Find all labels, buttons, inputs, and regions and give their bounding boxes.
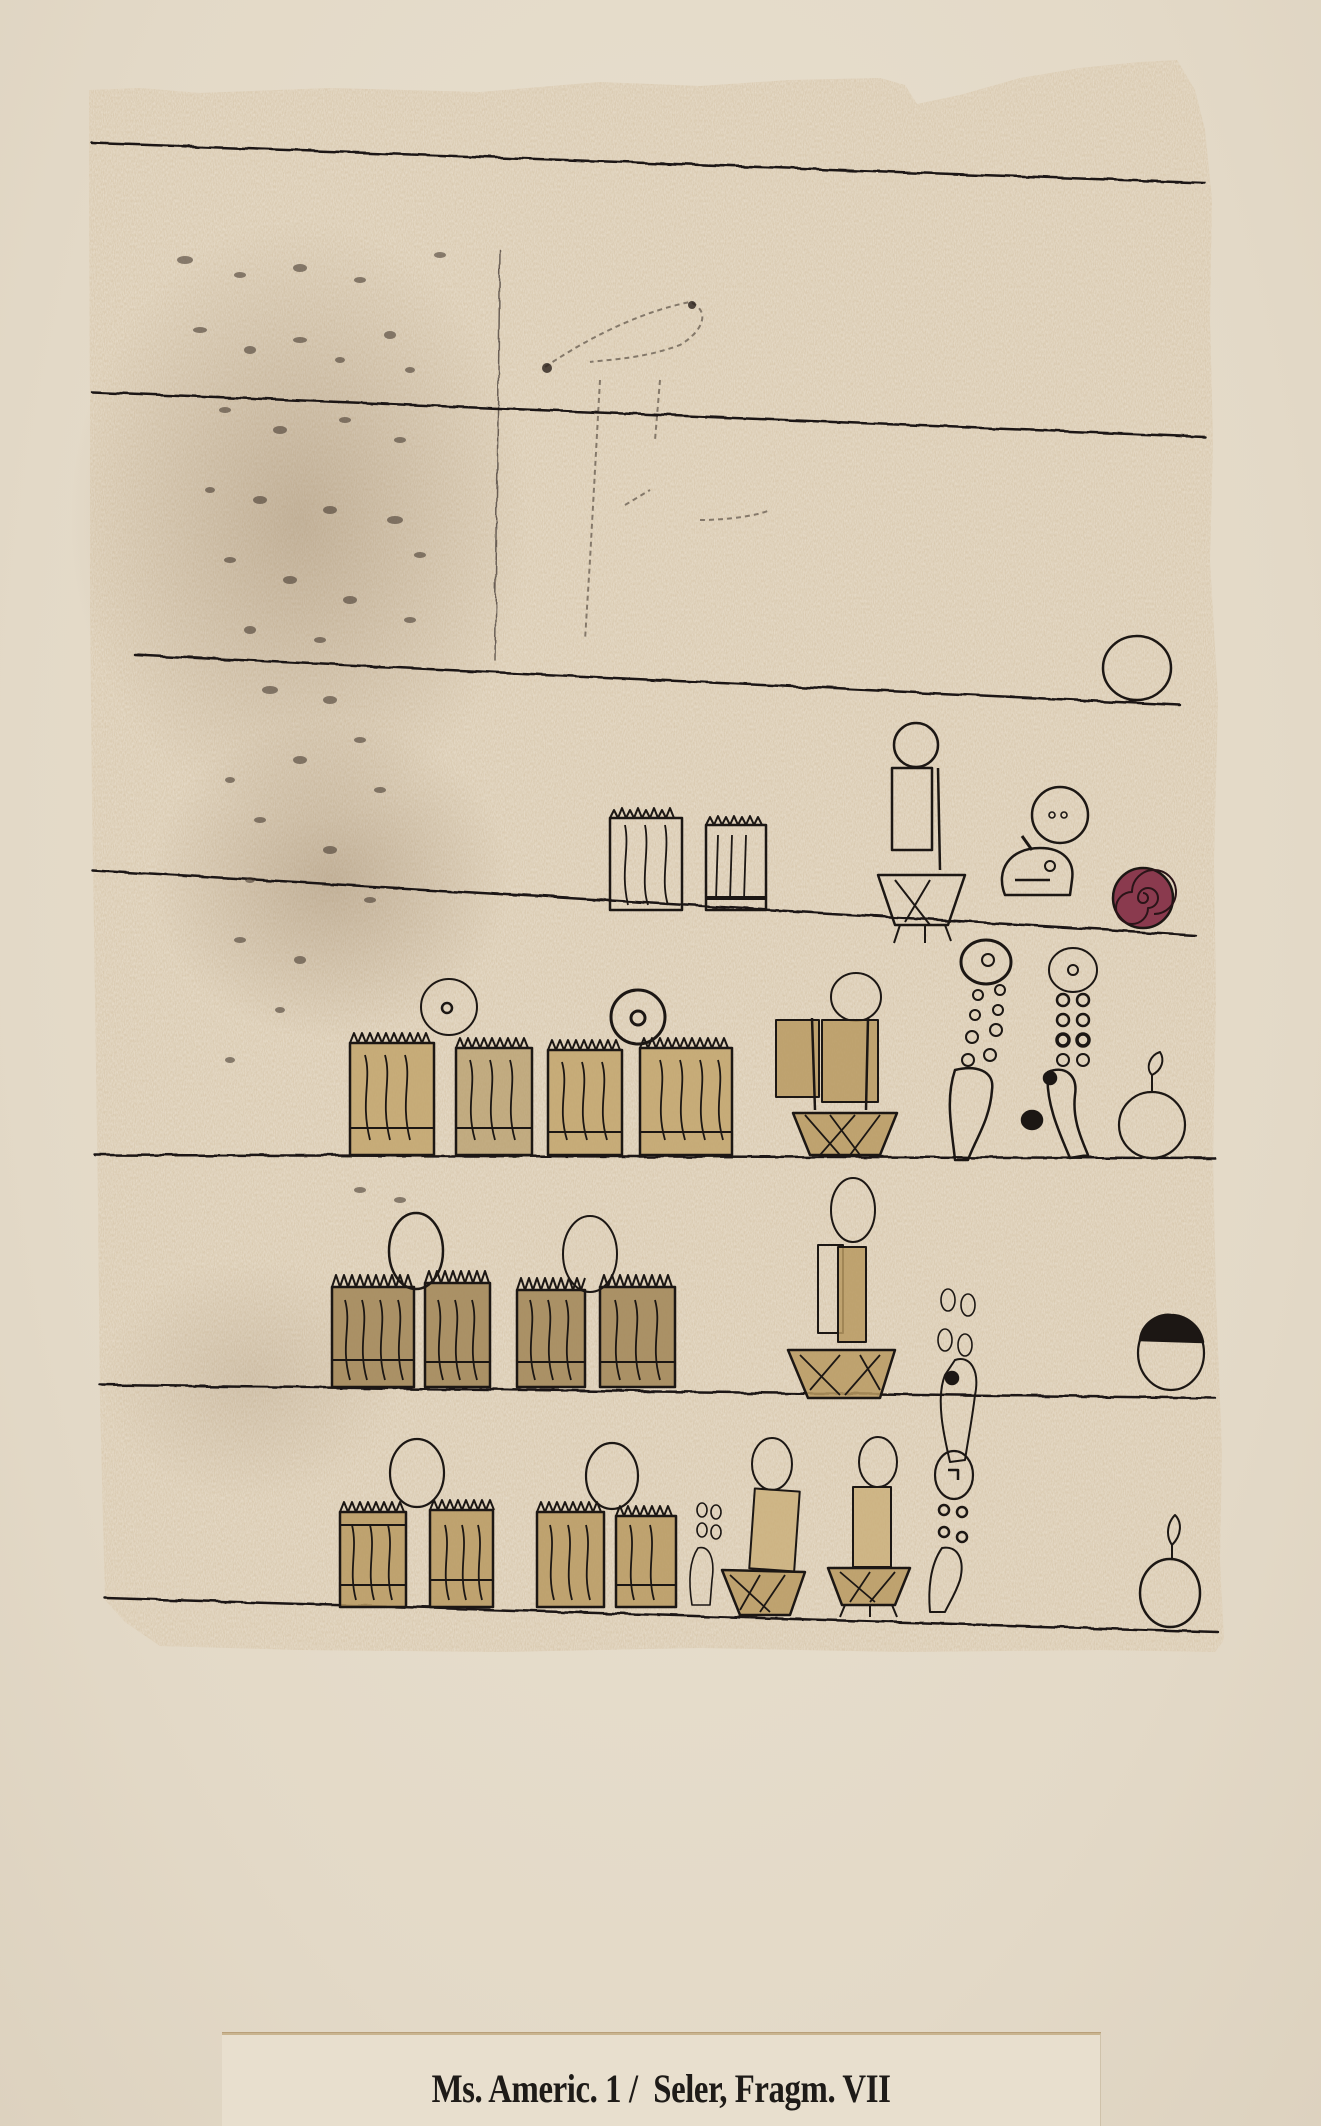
catalog-label-text: Ms. Americ. 1 / Seler, Fragm. VII (301, 2065, 1021, 2112)
catalog-label-card: Ms. Americ. 1 / Seler, Fragm. VII (222, 2033, 1101, 2126)
manuscript-fragment (0, 0, 1321, 2126)
amate-paper-sheet (70, 60, 1224, 1652)
